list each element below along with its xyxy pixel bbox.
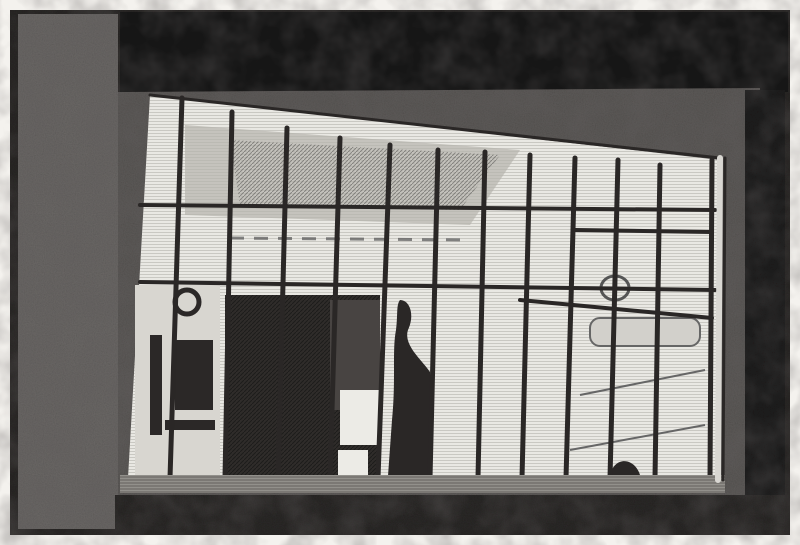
window-etching-artwork [0,0,800,545]
